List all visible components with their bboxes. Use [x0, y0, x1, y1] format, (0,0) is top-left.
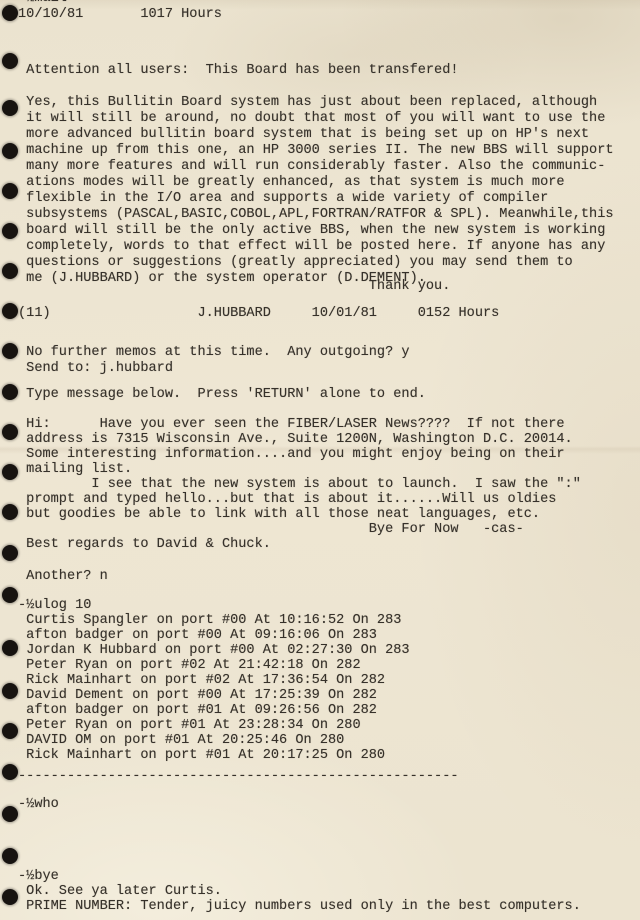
text-line: Attention all users: This Board has been… [18, 63, 640, 79]
ulog-command-output: -½ulog 10 Curtis Spangler on port #00 At… [18, 598, 640, 763]
another-prompt: Another? n [18, 569, 640, 585]
text-line: subsystems (PASCAL,BASIC,COBOL,APL,FORTR… [18, 207, 640, 223]
sprocket-hole [2, 5, 18, 21]
memo-prompt: No further memos at this time. Any outgo… [18, 345, 640, 377]
text-line: DAVID OM on port #01 At 20:25:46 On 280 [18, 733, 640, 748]
sprocket-hole [2, 504, 18, 520]
sprocket-hole [2, 723, 18, 739]
text-line: Some interesting information....and you … [18, 447, 640, 462]
text-line: Curtis Spangler on port #00 At 10:16:52 … [18, 613, 640, 628]
mail-command-header: -½mail10/10/81 1017 Hours [18, 0, 640, 23]
text-line: Jordan K Hubbard on port #00 At 02:27:30… [18, 643, 640, 658]
text-line: Rick Mainhart on port #02 At 17:36:54 On… [18, 673, 640, 688]
text-line: -½who [18, 797, 640, 813]
sprocket-hole [2, 343, 18, 359]
text-line: Ok. See ya later Curtis. [18, 884, 640, 899]
text-line: Peter Ryan on port #02 At 21:42:18 On 28… [18, 658, 640, 673]
sprocket-hole [2, 223, 18, 239]
text-line: but goodies be able to link with all tho… [18, 507, 640, 522]
text-line: Bye For Now -cas- [18, 522, 640, 537]
text-line: board will still be the only active BBS,… [18, 223, 640, 239]
sprocket-hole [2, 806, 18, 822]
text-line: I see that the new system is about to la… [18, 477, 640, 492]
sprocket-hole [2, 640, 18, 656]
notice-body: Yes, this Bullitin Board system has just… [18, 95, 640, 287]
text-line: ----------------------------------------… [18, 769, 640, 785]
sprocket-hole [2, 53, 18, 69]
text-line: No further memos at this time. Any outgo… [18, 345, 640, 361]
text-line: Yes, this Bullitin Board system has just… [18, 95, 640, 111]
sprocket-hole [2, 464, 18, 480]
user-message: Hi: Have you ever seen the FIBER/LASER N… [18, 417, 640, 552]
separator-line: ----------------------------------------… [18, 769, 640, 785]
text-line: Hi: Have you ever seen the FIBER/LASER N… [18, 417, 640, 432]
text-line: many more features and will run consider… [18, 159, 640, 175]
text-line: 10/10/81 1017 Hours [18, 7, 640, 23]
memo-header: (11) J.HUBBARD 10/01/81 0152 Hours [18, 306, 640, 322]
text-line: Type message below. Press 'RETURN' alone… [18, 387, 640, 403]
text-line: it will still be around, no doubt that m… [18, 111, 640, 127]
sprocket-hole [2, 384, 18, 400]
text-line: Another? n [18, 569, 640, 585]
text-line: afton badger on port #01 At 09:26:56 On … [18, 703, 640, 718]
text-line: David Dement on port #00 At 17:25:39 On … [18, 688, 640, 703]
text-line: address is 7315 Wisconsin Ave., Suite 12… [18, 432, 640, 447]
terminal-session-text: -½mail10/10/81 1017 Hours Attention all … [0, 0, 640, 920]
text-line: -½ulog 10 [18, 598, 640, 613]
text-line: Thank you. [18, 279, 640, 295]
text-line: mailing list. [18, 462, 640, 477]
text-line: -½bye [18, 869, 640, 884]
text-line: prompt and typed hello...but that is abo… [18, 492, 640, 507]
text-line: completely, words to that effect will be… [18, 239, 640, 255]
sprocket-hole [2, 587, 18, 603]
text-line: Best regards to David & Chuck. [18, 537, 640, 552]
notice-signoff: Thank you. [18, 279, 640, 295]
text-line: questions or suggestions (greatly apprec… [18, 255, 640, 271]
sprocket-hole-column [0, 0, 28, 920]
scanned-printout-page: -½mail10/10/81 1017 Hours Attention all … [0, 0, 640, 920]
text-line: ations modes will be greatly enhanced, a… [18, 175, 640, 191]
text-line: afton badger on port #00 At 09:16:06 On … [18, 628, 640, 643]
message-instruction: Type message below. Press 'RETURN' alone… [18, 387, 640, 403]
sprocket-hole [2, 183, 18, 199]
text-line: flexible in the I/O area and supports a … [18, 191, 640, 207]
sprocket-hole [2, 545, 18, 561]
text-line: Send to: j.hubbard [18, 361, 640, 377]
who-command: -½who [18, 797, 640, 813]
sprocket-hole [2, 889, 18, 905]
text-line: more advanced bullitin board system that… [18, 127, 640, 143]
sprocket-hole [2, 143, 18, 159]
text-line: (11) J.HUBBARD 10/01/81 0152 Hours [18, 306, 640, 322]
sprocket-hole [2, 683, 18, 699]
sprocket-hole [2, 848, 18, 864]
sprocket-hole [2, 424, 18, 440]
text-line: -½mail [18, 0, 640, 7]
text-line: PRIME NUMBER: Tender, juicy numbers used… [18, 899, 640, 914]
sprocket-hole [2, 764, 18, 780]
bye-command-output: -½bye Ok. See ya later Curtis. PRIME NUM… [18, 869, 640, 914]
sprocket-hole [2, 263, 18, 279]
text-line: Rick Mainhart on port #01 At 20:17:25 On… [18, 748, 640, 763]
text-line: Peter Ryan on port #01 At 23:28:34 On 28… [18, 718, 640, 733]
notice-heading: Attention all users: This Board has been… [18, 63, 640, 79]
sprocket-hole [2, 303, 18, 319]
text-line: machine up from this one, an HP 3000 ser… [18, 143, 640, 159]
sprocket-hole [2, 100, 18, 116]
